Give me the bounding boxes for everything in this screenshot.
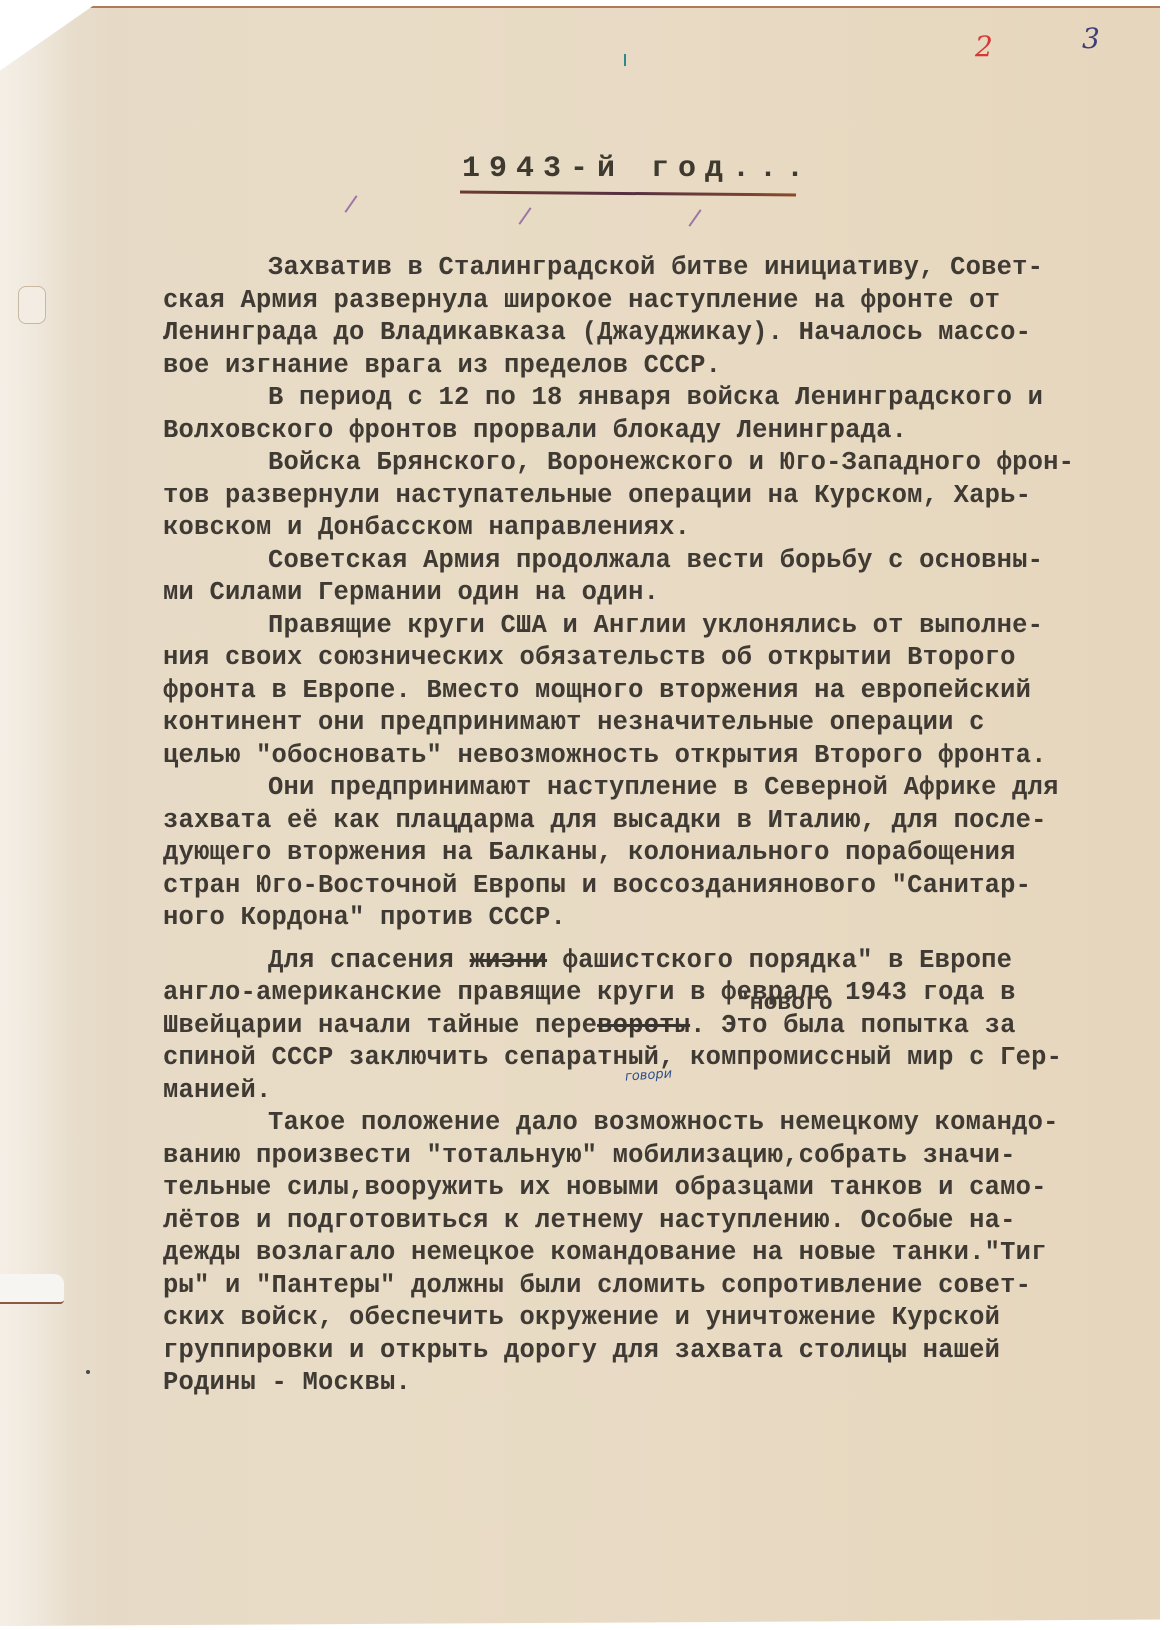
text-line: ковском и Донбасском направлениях. xyxy=(163,512,1143,545)
text-line: англо-американские правящие круги в февр… xyxy=(163,977,1143,1010)
text-line: вое изгнание врага из пределов СССР. xyxy=(163,350,1143,383)
text-line: Они предпринимают наступление в Северной… xyxy=(163,772,1143,805)
text-line: тельные силы,вооружить их новыми образца… xyxy=(163,1172,1143,1205)
text-line: Родины - Москвы. xyxy=(163,1367,1143,1400)
text-line: Ленинграда до Владикавказа (Джауджикау).… xyxy=(163,317,1143,350)
text-line: ного Кордона" против СССР. xyxy=(163,902,1143,935)
text-line: ры" и "Пантеры" должны были сломить сопр… xyxy=(163,1270,1143,1303)
page-number-blue: 3 xyxy=(1082,22,1100,55)
text-line: дующего вторжения на Балканы, колониальн… xyxy=(163,837,1143,870)
document-page: 2 3 1943-й год... Захватив в Сталинградс… xyxy=(0,6,1160,1626)
text-line: ми Силами Германии один на один. xyxy=(163,577,1143,610)
text-line: фронта в Европе. Вместо мощного вторжени… xyxy=(163,675,1143,708)
text-line-with-strikethrough: Для спасения жизни фашистского порядка" … xyxy=(163,945,1143,978)
pen-mark xyxy=(344,195,357,213)
ink-tick-mark xyxy=(624,54,626,66)
text-line: Правящие круги США и Англии уклонялись о… xyxy=(163,610,1143,643)
text-line-with-correction: Швейцарии начали тайные перевороты. Это … xyxy=(163,1010,1143,1043)
pen-mark xyxy=(518,207,531,225)
struck-text: жизни xyxy=(470,946,548,975)
text-line: Советская Армия продолжала вести борьбу … xyxy=(163,545,1143,578)
text-line: ванию произвести "тотальную" мобилизацию… xyxy=(163,1140,1143,1173)
line-gap xyxy=(163,935,1143,945)
text-line: Войска Брянского, Воронежского и Юго-Зап… xyxy=(163,447,1143,480)
title-underline xyxy=(460,191,796,197)
struck-text: вороты xyxy=(597,1011,690,1040)
text-line: захвата её как плацдарма для высадки в И… xyxy=(163,805,1143,838)
document-title: 1943-й год... xyxy=(462,152,813,186)
text-line: целью "обосновать" невозможность открыти… xyxy=(163,740,1143,773)
pen-mark xyxy=(688,209,701,227)
text-line: В период с 12 по 18 января войска Ленинг… xyxy=(163,382,1143,415)
text-line: дежды возлагало немецкое командование на… xyxy=(163,1237,1143,1270)
text-line: Такое положение дало возможность немецко… xyxy=(163,1107,1143,1140)
text-line: континент они предпринимают незначительн… xyxy=(163,707,1143,740)
text-line: лётов и подготовиться к летнему наступле… xyxy=(163,1205,1143,1238)
text-line: стран Юго-Восточной Европы и воссоздания… xyxy=(163,870,1143,903)
page-number-red: 2 xyxy=(975,30,993,63)
paper-tear xyxy=(0,1274,64,1304)
text-line: ская Армия развернула широкое наступлени… xyxy=(163,285,1143,318)
document-body: Захватив в Сталинградской битве инициати… xyxy=(163,252,1143,1400)
paper-hole xyxy=(18,286,46,324)
text-line: группировки и открыть дорогу для захвата… xyxy=(163,1335,1143,1368)
text-line: Волховского фронтов прорвали блокаду Лен… xyxy=(163,415,1143,448)
ink-dot xyxy=(86,1370,90,1374)
text-line: ния своих союзнических обязательств об о… xyxy=(163,642,1143,675)
text-line: ских войск, обеспечить окружение и уничт… xyxy=(163,1302,1143,1335)
inserted-word: "нового xyxy=(736,990,833,1016)
text-line: тов развернули наступательные операции н… xyxy=(163,480,1143,513)
text-line: Захватив в Сталинградской битве инициати… xyxy=(163,252,1143,285)
